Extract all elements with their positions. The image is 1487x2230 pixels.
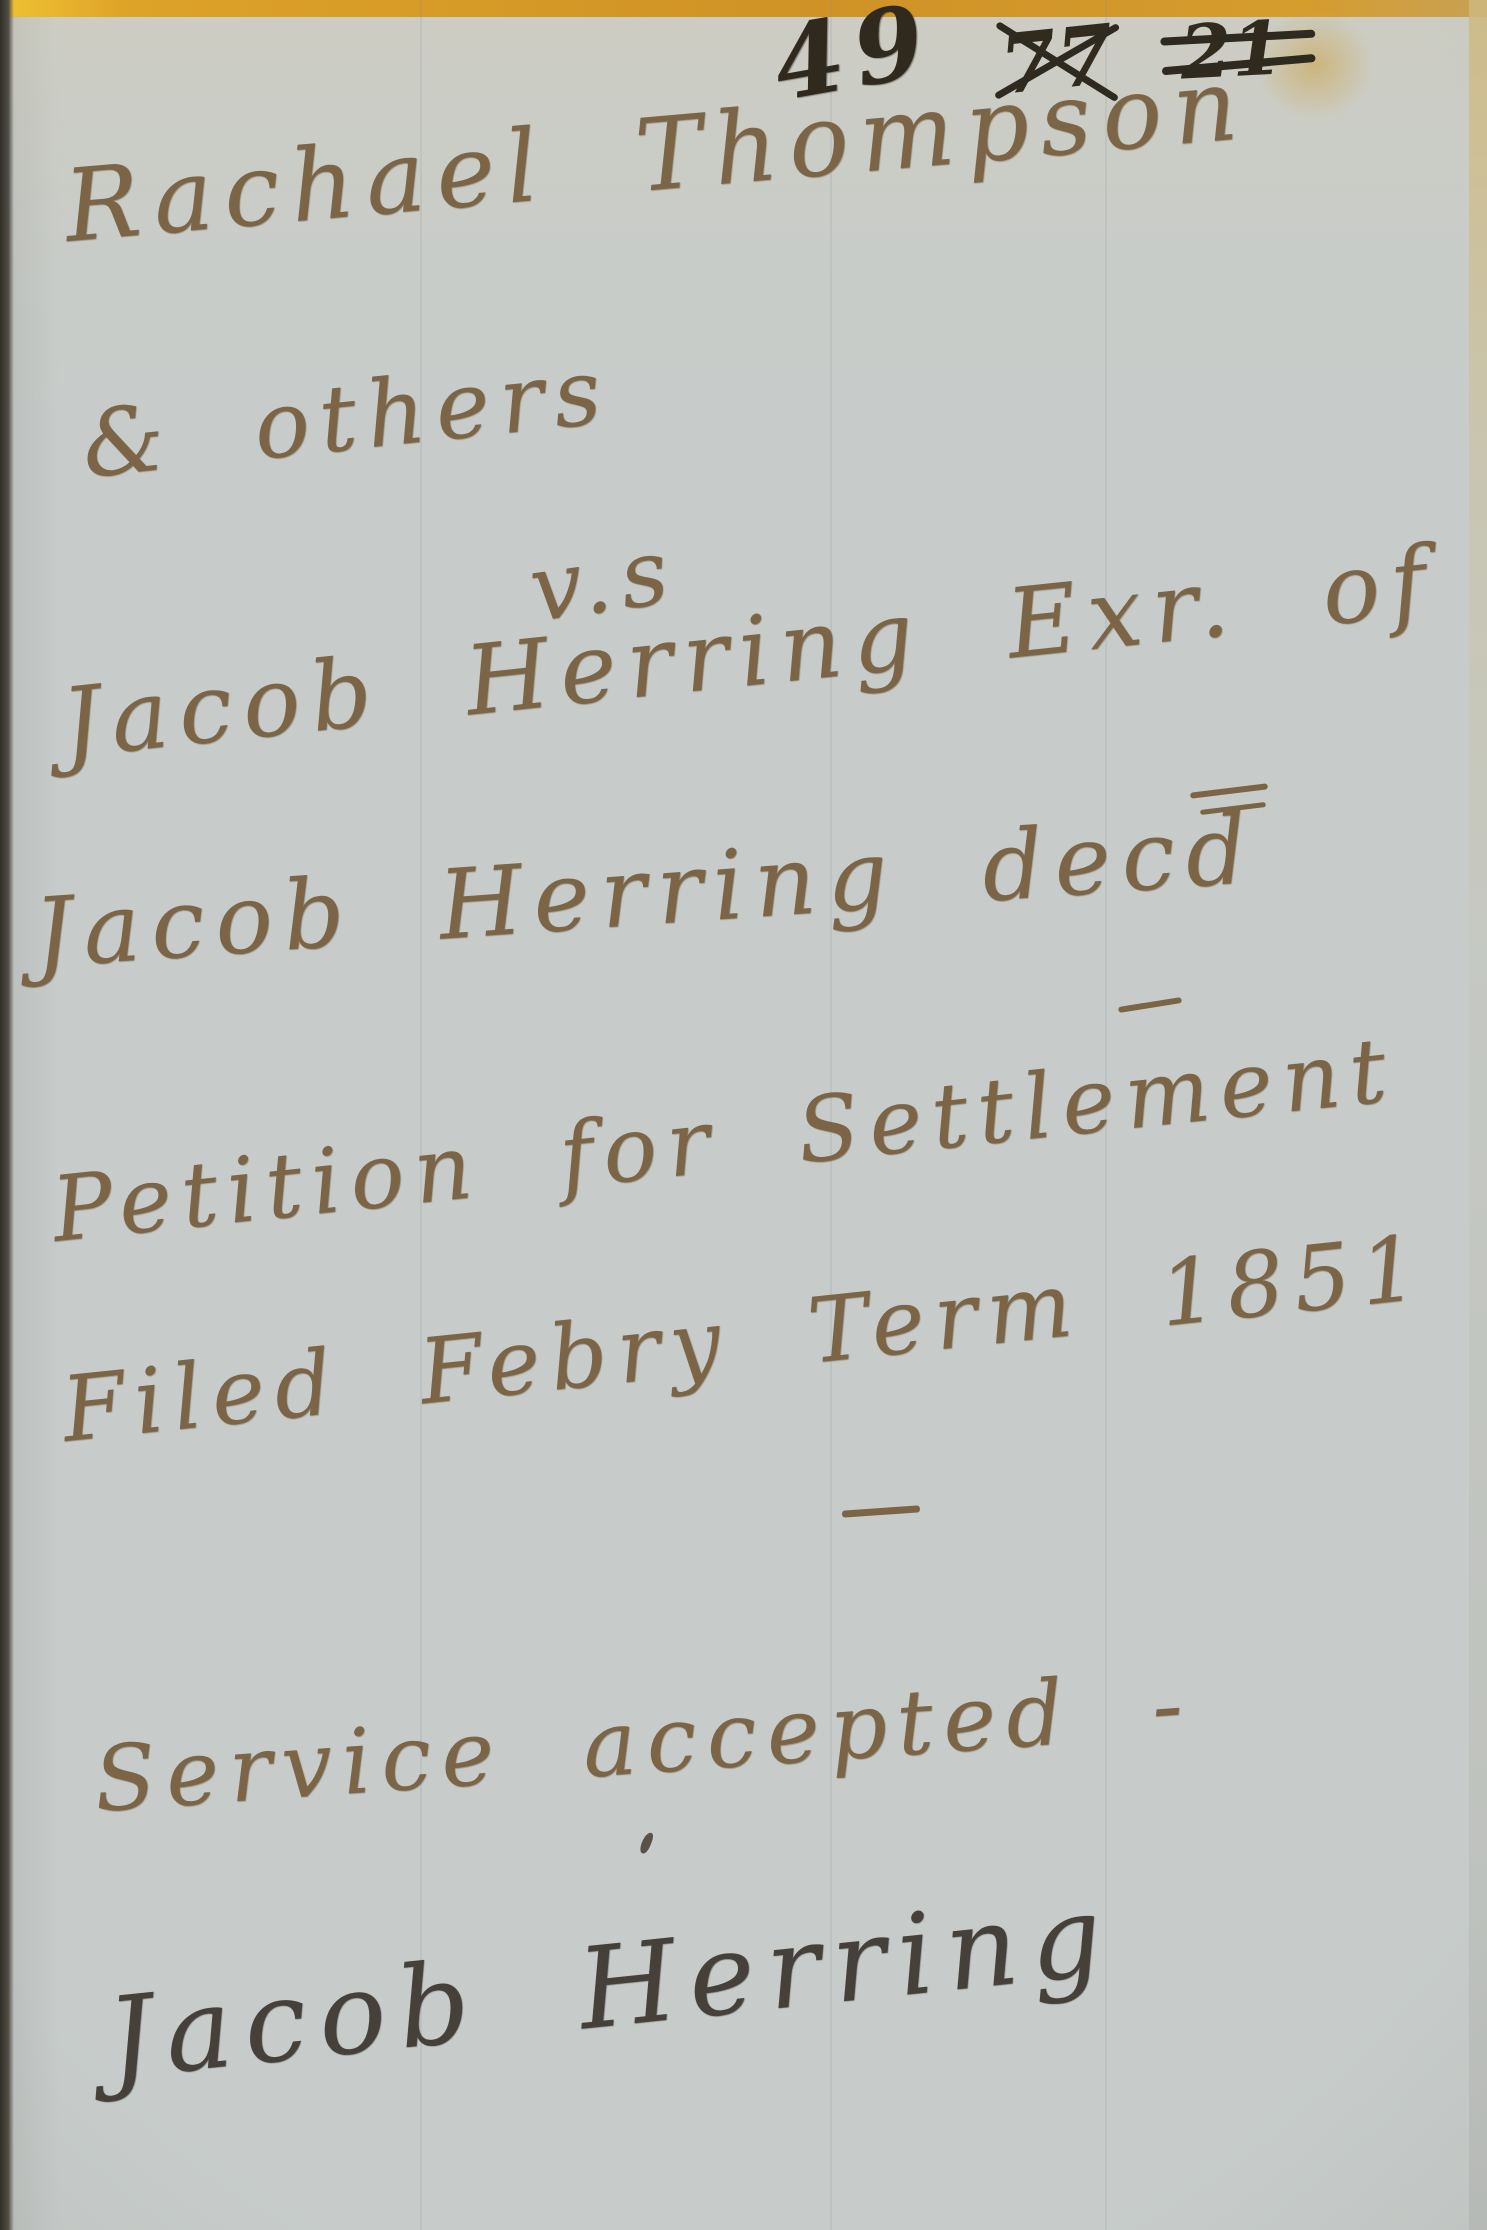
defendant-line-1: Jacob Herring Exr. of bbox=[56, 524, 1441, 780]
document-page: 49 77 21 Rachael Thompson & others v.s J… bbox=[0, 0, 1487, 2230]
signature-line: Jacob Herring bbox=[101, 1870, 1119, 2105]
petition-title-line: Petition for Settlement bbox=[47, 1017, 1401, 1263]
plaintiff-others-line: & others bbox=[77, 337, 616, 499]
page-right-edge bbox=[1469, 0, 1487, 2230]
febry-abbreviation-underline bbox=[842, 1505, 920, 1517]
defendant-line-2: Jacob Herring decd bbox=[30, 793, 1261, 990]
decd-abbreviation-mark bbox=[1118, 997, 1182, 1013]
filing-date-line: Filed Febry Term 1851 bbox=[57, 1215, 1433, 1463]
paper-chain-line bbox=[420, 0, 422, 2230]
stray-ink-mark bbox=[638, 1831, 655, 1855]
page-left-shadow-edge bbox=[0, 0, 14, 2230]
service-note-line: Service accepted - bbox=[91, 1651, 1196, 1833]
plaintiff-name-line: Rachael Thompson bbox=[60, 45, 1253, 265]
